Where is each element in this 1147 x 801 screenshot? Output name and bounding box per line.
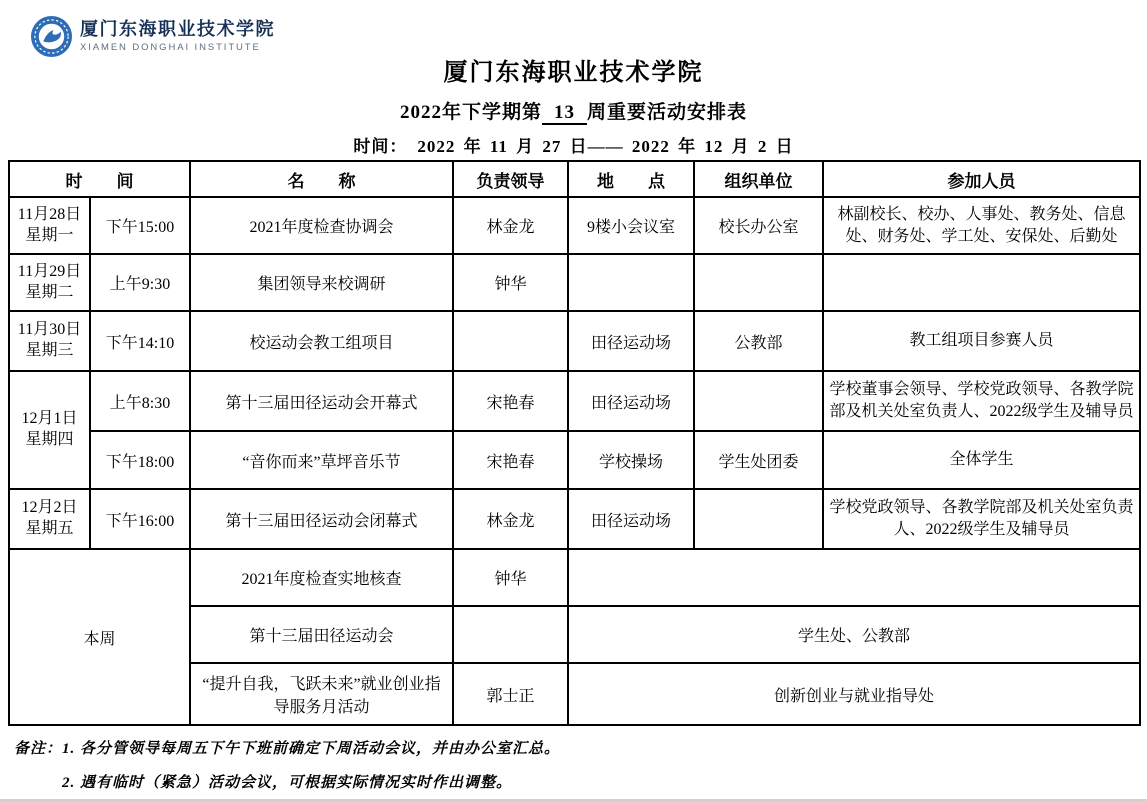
school-logo-text: 厦门东海职业技术学院 XIAMEN DONGHAI INSTITUTE: [80, 20, 275, 53]
dept-merged-cell: 创新创业与就业指导处: [568, 663, 1140, 725]
school-name-cn: 厦门东海职业技术学院: [80, 20, 275, 40]
leader-cell: 钟华: [453, 549, 568, 606]
table-row: 12月1日 星期四 上午8:30 第十三届田径运动会开幕式 宋艳春 田径运动场 …: [9, 371, 1140, 431]
location-cell: 9楼小会议室: [568, 197, 694, 254]
name-cell: 第十三届田径运动会开幕式: [190, 371, 453, 431]
col-header-name: 名 称: [190, 161, 453, 197]
time-cell: 下午18:00: [90, 431, 190, 489]
dept-merged-cell: 学生处、公教部: [568, 606, 1140, 663]
name-cell: 第十三届田径运动会闭幕式: [190, 489, 453, 549]
leader-cell: [453, 606, 568, 663]
time-cell: 上午9:30: [90, 254, 190, 311]
location-cell: 田径运动场: [568, 489, 694, 549]
name-cell: 集团领导来校调研: [190, 254, 453, 311]
subtitle-suffix: 周重要活动安排表: [587, 102, 747, 123]
table-row: 本周 2021年度检查实地核查 钟华: [9, 549, 1140, 606]
date-cell: 12月2日 星期五: [9, 489, 90, 549]
name-cell: 校运动会教工组项目: [190, 311, 453, 371]
org-cell: 校长办公室: [694, 197, 823, 254]
date-line1: 11月28日: [14, 205, 85, 226]
leader-cell: 林金龙: [453, 197, 568, 254]
date-cell: 11月30日 星期三: [9, 311, 90, 371]
location-cell: 田径运动场: [568, 371, 694, 431]
table-row: 12月2日 星期五 下午16:00 第十三届田径运动会闭幕式 林金龙 田径运动场…: [9, 489, 1140, 549]
table-row: 11月30日 星期三 下午14:10 校运动会教工组项目 田径运动场 公教部 教…: [9, 311, 1140, 371]
name-cell: 2021年度检查实地核查: [190, 549, 453, 606]
time-cell: 下午15:00: [90, 197, 190, 254]
location-cell: 田径运动场: [568, 311, 694, 371]
time-cell: 上午8:30: [90, 371, 190, 431]
date-cell: 11月29日 星期二: [9, 254, 90, 311]
date-line2: 星期二: [14, 283, 85, 304]
date-line2: 星期四: [14, 430, 85, 451]
table-row: 11月28日 星期一 下午15:00 2021年度检查协调会 林金龙 9楼小会议…: [9, 197, 1140, 254]
leader-cell: 宋艳春: [453, 371, 568, 431]
name-cell: “音你而来”草坪音乐节: [190, 431, 453, 489]
schedule-table: 时 间 名 称 负责领导 地 点 组织单位 参加人员 11月28日 星期一 下午…: [8, 160, 1141, 726]
table-row: 下午18:00 “音你而来”草坪音乐节 宋艳春 学校操场 学生处团委 全体学生: [9, 431, 1140, 489]
date-line1: 11月30日: [14, 320, 85, 341]
time-cell: 下午14:10: [90, 311, 190, 371]
note-line-2: 2. 遇有临时（紧急）活动会议，可根据实际情况实时作出调整。: [62, 771, 560, 792]
org-cell: 公教部: [694, 311, 823, 371]
participants-cell: 学校董事会领导、学校党政领导、各教学院部及机关处室负责人、2022级学生及辅导员: [823, 371, 1140, 431]
date-cell: 12月1日 星期四: [9, 371, 90, 489]
notes-label: 备注：: [14, 737, 62, 758]
location-cell: [568, 254, 694, 311]
date-line2: 星期五: [14, 519, 85, 540]
date-line2: 星期三: [14, 341, 85, 362]
time-range-value: 2022 年 11 月 27 日—— 2022 年 12 月 2 日: [417, 137, 793, 156]
participants-cell: 教工组项目参赛人员: [823, 311, 1140, 371]
location-cell: 学校操场: [568, 431, 694, 489]
leader-cell: 宋艳春: [453, 431, 568, 489]
col-header-org: 组织单位: [694, 161, 823, 197]
time-cell: 下午16:00: [90, 489, 190, 549]
week-label-cell: 本周: [9, 549, 190, 725]
date-line1: 11月29日: [14, 262, 85, 283]
week-number: 13: [542, 102, 587, 125]
note-line-1: 1. 各分管领导每周五下午下班前确定下周活动会议，并由办公室汇总。: [62, 737, 560, 758]
dept-merged-cell: [568, 549, 1140, 606]
leader-cell: 钟华: [453, 254, 568, 311]
page-subtitle: 2022年下学期第13周重要活动安排表: [0, 97, 1147, 124]
footer-notes: 备注： 1. 各分管领导每周五下午下班前确定下周活动会议，并由办公室汇总。 2.…: [14, 737, 560, 792]
date-line1: 12月2日: [14, 498, 85, 519]
col-header-leader: 负责领导: [453, 161, 568, 197]
org-cell: [694, 489, 823, 549]
subtitle-prefix: 2022年下学期第: [400, 102, 542, 123]
name-cell: “提升自我，飞跃未来”就业创业指导服务月活动: [190, 663, 453, 725]
participants-cell: 学校党政领导、各教学院部及机关处室负责人、2022级学生及辅导员: [823, 489, 1140, 549]
table-row: 11月29日 星期二 上午9:30 集团领导来校调研 钟华: [9, 254, 1140, 311]
date-line2: 星期一: [14, 226, 85, 247]
col-header-participants: 参加人员: [823, 161, 1140, 197]
date-line1: 12月1日: [14, 409, 85, 430]
leader-cell: 郭士正: [453, 663, 568, 725]
date-cell: 11月28日 星期一: [9, 197, 90, 254]
leader-cell: 林金龙: [453, 489, 568, 549]
table-header-row: 时 间 名 称 负责领导 地 点 组织单位 参加人员: [9, 161, 1140, 197]
org-cell: 学生处团委: [694, 431, 823, 489]
participants-cell: 林副校长、校办、人事处、教务处、信息处、财务处、学工处、安保处、后勤处: [823, 197, 1140, 254]
time-label: 时间：: [353, 137, 407, 156]
org-cell: [694, 254, 823, 311]
page-title: 厦门东海职业技术学院: [0, 52, 1147, 87]
leader-cell: [453, 311, 568, 371]
org-cell: [694, 371, 823, 431]
col-header-location: 地 点: [568, 161, 694, 197]
participants-cell: [823, 254, 1140, 311]
participants-cell: 全体学生: [823, 431, 1140, 489]
name-cell: 第十三届田径运动会: [190, 606, 453, 663]
col-header-time: 时 间: [9, 161, 190, 197]
time-range-line: 时间：2022 年 11 月 27 日—— 2022 年 12 月 2 日: [0, 132, 1147, 157]
name-cell: 2021年度检查协调会: [190, 197, 453, 254]
